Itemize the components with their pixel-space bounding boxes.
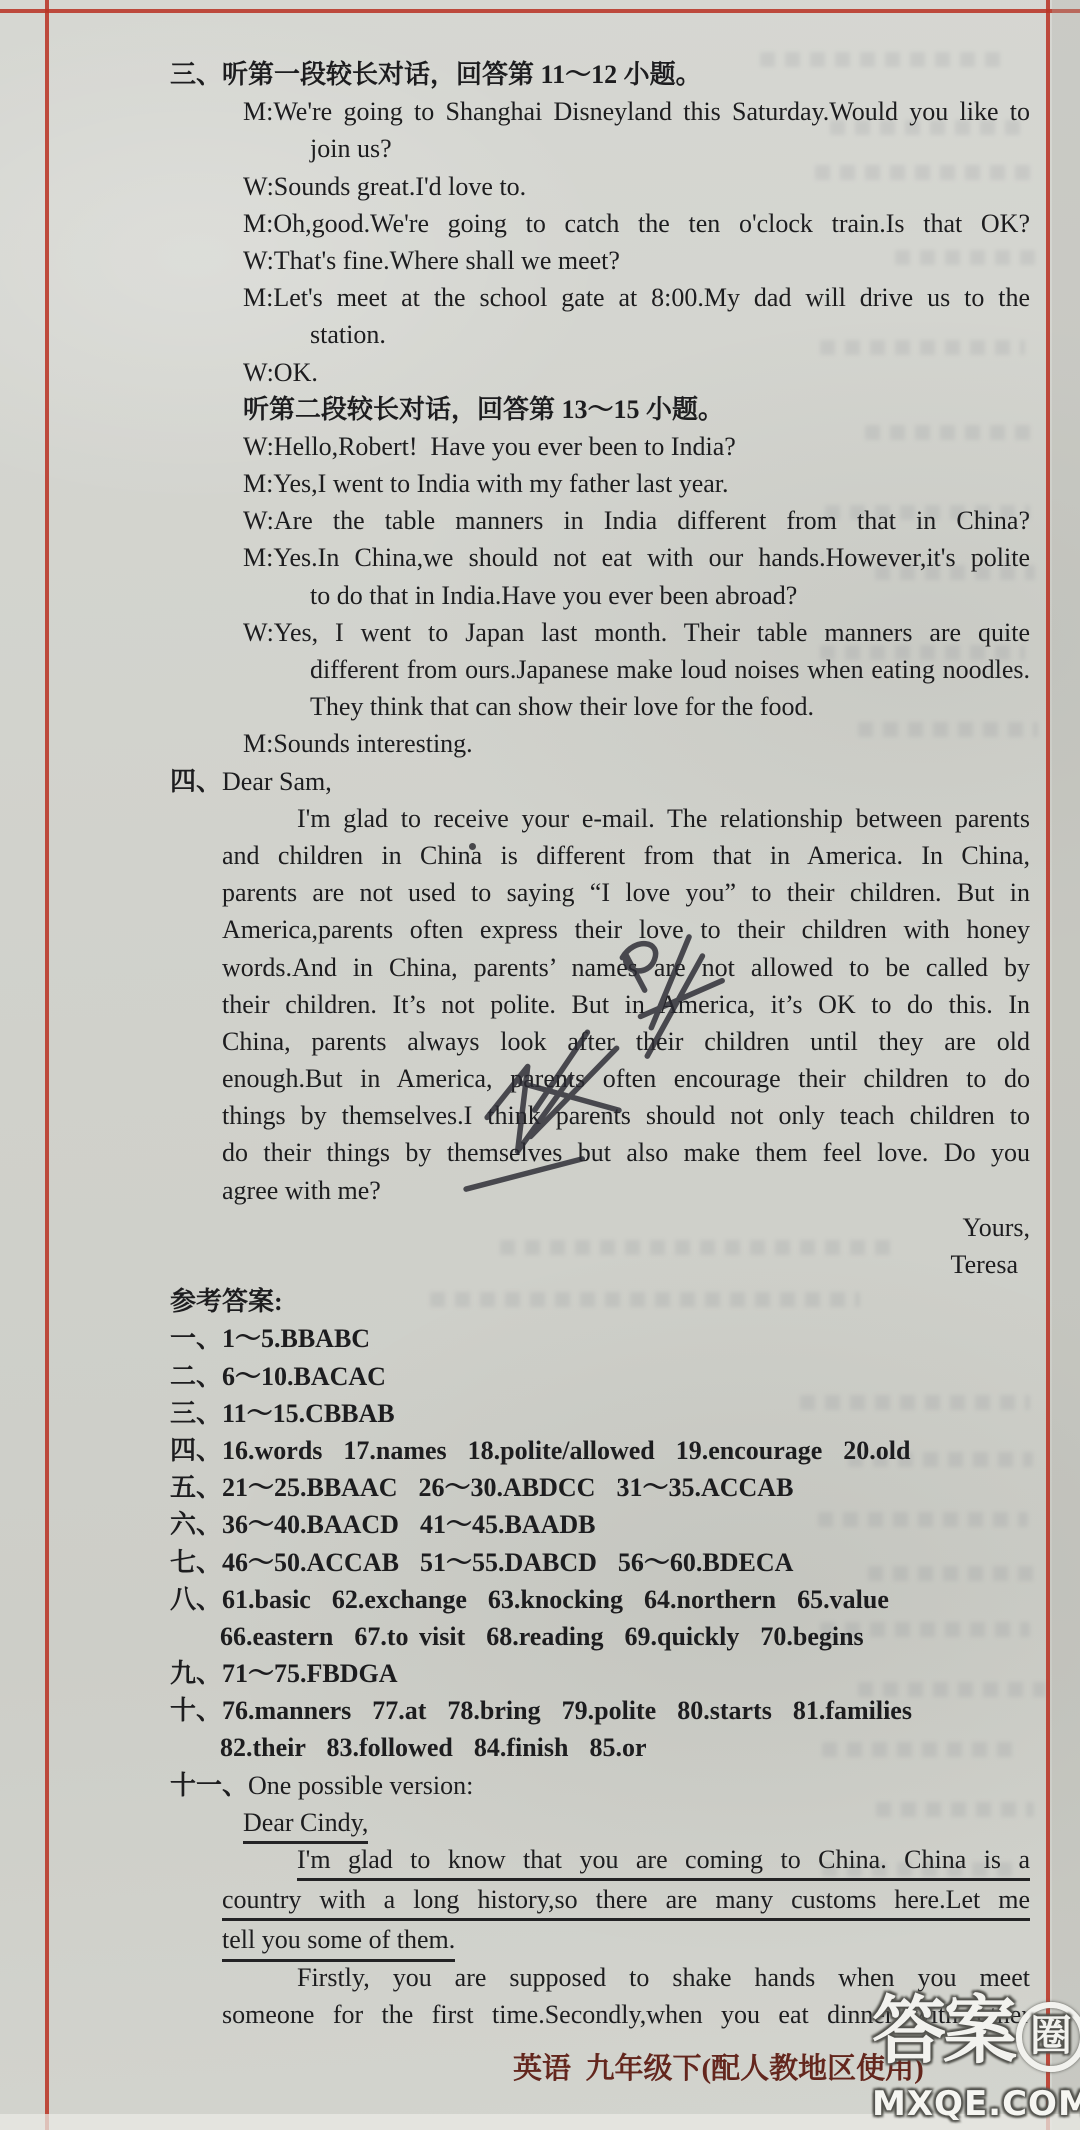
- section-heading: 三、听第一段较长对话，回答第 11～12 小题。: [170, 56, 1080, 93]
- model-essay-line: tell you some of them.: [222, 1921, 1030, 1958]
- model-essay-heading: 十一、One possible version:: [170, 1767, 1080, 1804]
- answer-line: 二、6～10.BACAC: [170, 1358, 1080, 1395]
- dialogue-continuation: station.: [310, 316, 1030, 353]
- dialogue-continuation: They think that can show their love for …: [310, 688, 1030, 725]
- dialogue-line: M:We're going to Shanghai Disneyland thi…: [243, 93, 1030, 130]
- watermark-logo-circled-char: 圈: [1016, 2002, 1080, 2072]
- page-border-top: [0, 9, 1080, 13]
- answer-line: 十、76.manners 77.at 78.bring 79.polite 80…: [170, 1692, 1080, 1729]
- model-essay-line: I'm glad to know that you are coming to …: [297, 1841, 1030, 1881]
- handwritten-scribble: [383, 912, 802, 1224]
- answer-line: 一、1～5.BBABC: [170, 1320, 1080, 1357]
- page-footer: 英语 九年级下(配人教地区使用): [513, 2046, 924, 2087]
- dialogue-continuation: to do that in India.Have you ever been a…: [310, 577, 1030, 614]
- answers-heading: 参考答案:: [170, 1283, 1080, 1320]
- dialogue-line: M:Oh,good.We're going to catch the ten o…: [243, 205, 1030, 242]
- letter-salutation: 四、Dear Sam,: [170, 763, 1080, 800]
- dialogue-line: M:Let's meet at the school gate at 8:00.…: [243, 279, 1030, 316]
- dialogue-continuation: join us?: [310, 130, 1030, 167]
- answer-line: 八、61.basic 62.exchange 63.knocking 64.no…: [170, 1581, 1080, 1618]
- section-number: 四、: [170, 767, 222, 796]
- answer-line: 三、11～15.CBBAB: [170, 1395, 1080, 1432]
- letter-line: parents are not used to saying “I love y…: [222, 874, 1030, 911]
- answer-line: 四、16.words 17.names 18.polite/allowed 19…: [170, 1432, 1080, 1469]
- answer-line-continuation: 82.their 83.followed 84.finish 85.or: [220, 1729, 1080, 1766]
- watermark: 答案圈 MXQE.COM: [872, 1972, 1080, 2124]
- watermark-logo: 答案圈: [872, 1972, 1080, 2078]
- dialogue-line: W:That's fine.Where shall we meet?: [243, 242, 1030, 279]
- dialogue-line: W:OK.: [243, 354, 1030, 391]
- scanned-workbook-page: 三、听第一段较长对话，回答第 11～12 小题。 M:We're going t…: [0, 0, 1080, 2130]
- dialogue-line: M:Sounds interesting.: [243, 725, 1030, 762]
- dialogue-line: W:Yes, I went to Japan last month. Their…: [243, 614, 1030, 651]
- signature-line: Teresa: [222, 1246, 1058, 1283]
- answer-line: 六、36～40.BAACD 41～45.BAADB: [170, 1506, 1080, 1543]
- dialogue-line: M:Yes,I went to India with my father las…: [243, 465, 1030, 502]
- answer-line: 五、21～25.BBAAC 26～30.ABDCC 31～35.ACCAB: [170, 1469, 1080, 1506]
- section-heading: 听第二段较长对话，回答第 13～15 小题。: [243, 391, 1030, 428]
- dialogue-line: W:Hello,Robert! Have you ever been to In…: [243, 428, 1030, 465]
- dialogue-line: M:Yes.In China,we should not eat with ou…: [243, 539, 1030, 576]
- model-essay-salutation: Dear Cindy,: [243, 1804, 1030, 1841]
- letter-line: and children in China is different from …: [222, 837, 1030, 874]
- salutation-text: Dear Sam,: [222, 767, 332, 796]
- ink-spot: [469, 843, 476, 850]
- letter-line: I'm glad to receive your e-mail. The rel…: [297, 800, 1030, 837]
- answer-line-continuation: 66.eastern 67.to visit 68.reading 69.qui…: [220, 1618, 1080, 1655]
- section-number: 十一、: [170, 1771, 248, 1800]
- heading-text: One possible version:: [248, 1771, 473, 1800]
- answer-line: 九、71～75.FBDGA: [170, 1655, 1080, 1692]
- dialogue-line: W:Are the table manners in India differe…: [243, 502, 1030, 539]
- answer-line: 七、46～50.ACCAB 51～55.DABCD 56～60.BDECA: [170, 1544, 1080, 1581]
- dialogue-line: W:Sounds great.I'd love to.: [243, 168, 1030, 205]
- watermark-site: MXQE.COM: [872, 2084, 1080, 2124]
- model-essay-line: country with a long history,so there are…: [222, 1881, 1030, 1921]
- signature-line: Yours,: [222, 1209, 1058, 1246]
- dialogue-continuation: different from ours.Japanese make loud n…: [310, 651, 1030, 688]
